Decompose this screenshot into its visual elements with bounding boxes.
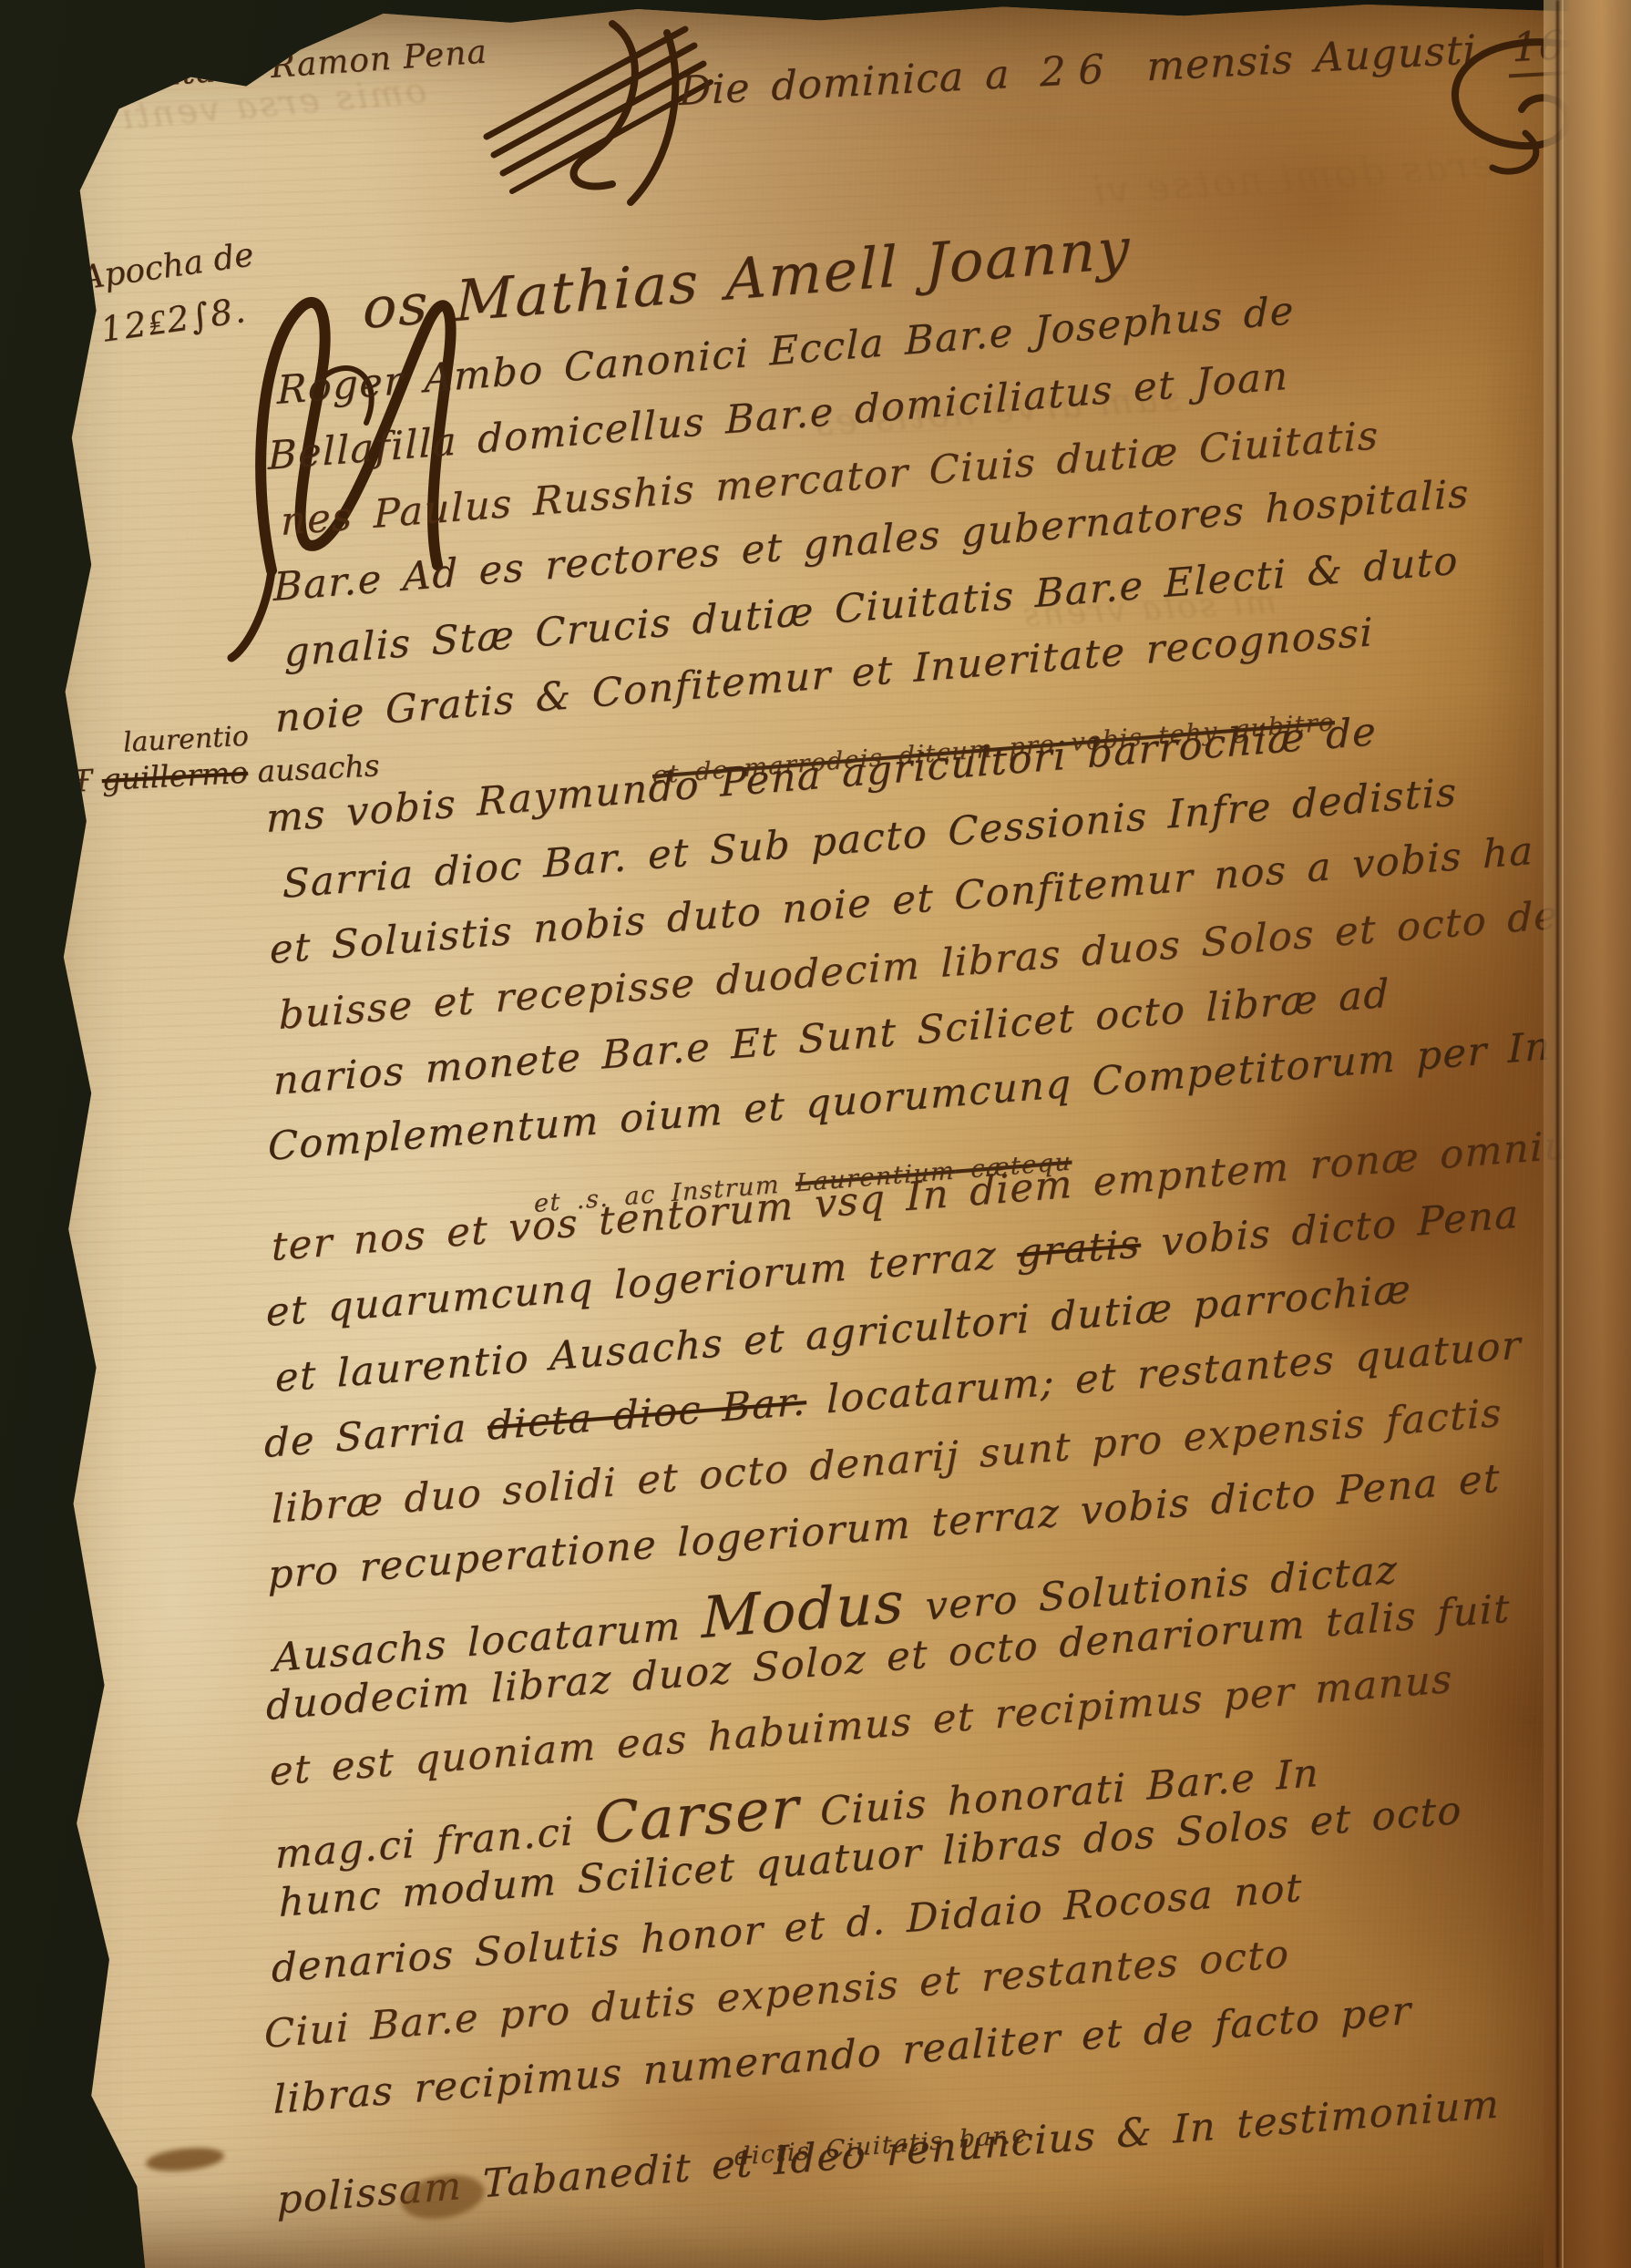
notarial-sign-flourish (474, 16, 729, 212)
manuscript-page: omis ersa venti eras domi notse vi sum a… (0, 0, 1631, 2268)
insertion-struck-name: guillermo (101, 754, 249, 797)
book-gutter-adjacent-page (1544, 0, 1631, 2268)
insertion-mark: Ŧ (71, 763, 93, 799)
ink-blot (145, 2145, 225, 2175)
manuscript-scan: omis ersa venti eras domi notse vi sum a… (0, 0, 1631, 2268)
dateline-day: 26 (1040, 46, 1116, 96)
manuscript-body: os Mathias Amell JoannyRoger Ambo Canoni… (261, 275, 1500, 2243)
archive-note: Hospital a Ramon Pena (79, 33, 488, 98)
